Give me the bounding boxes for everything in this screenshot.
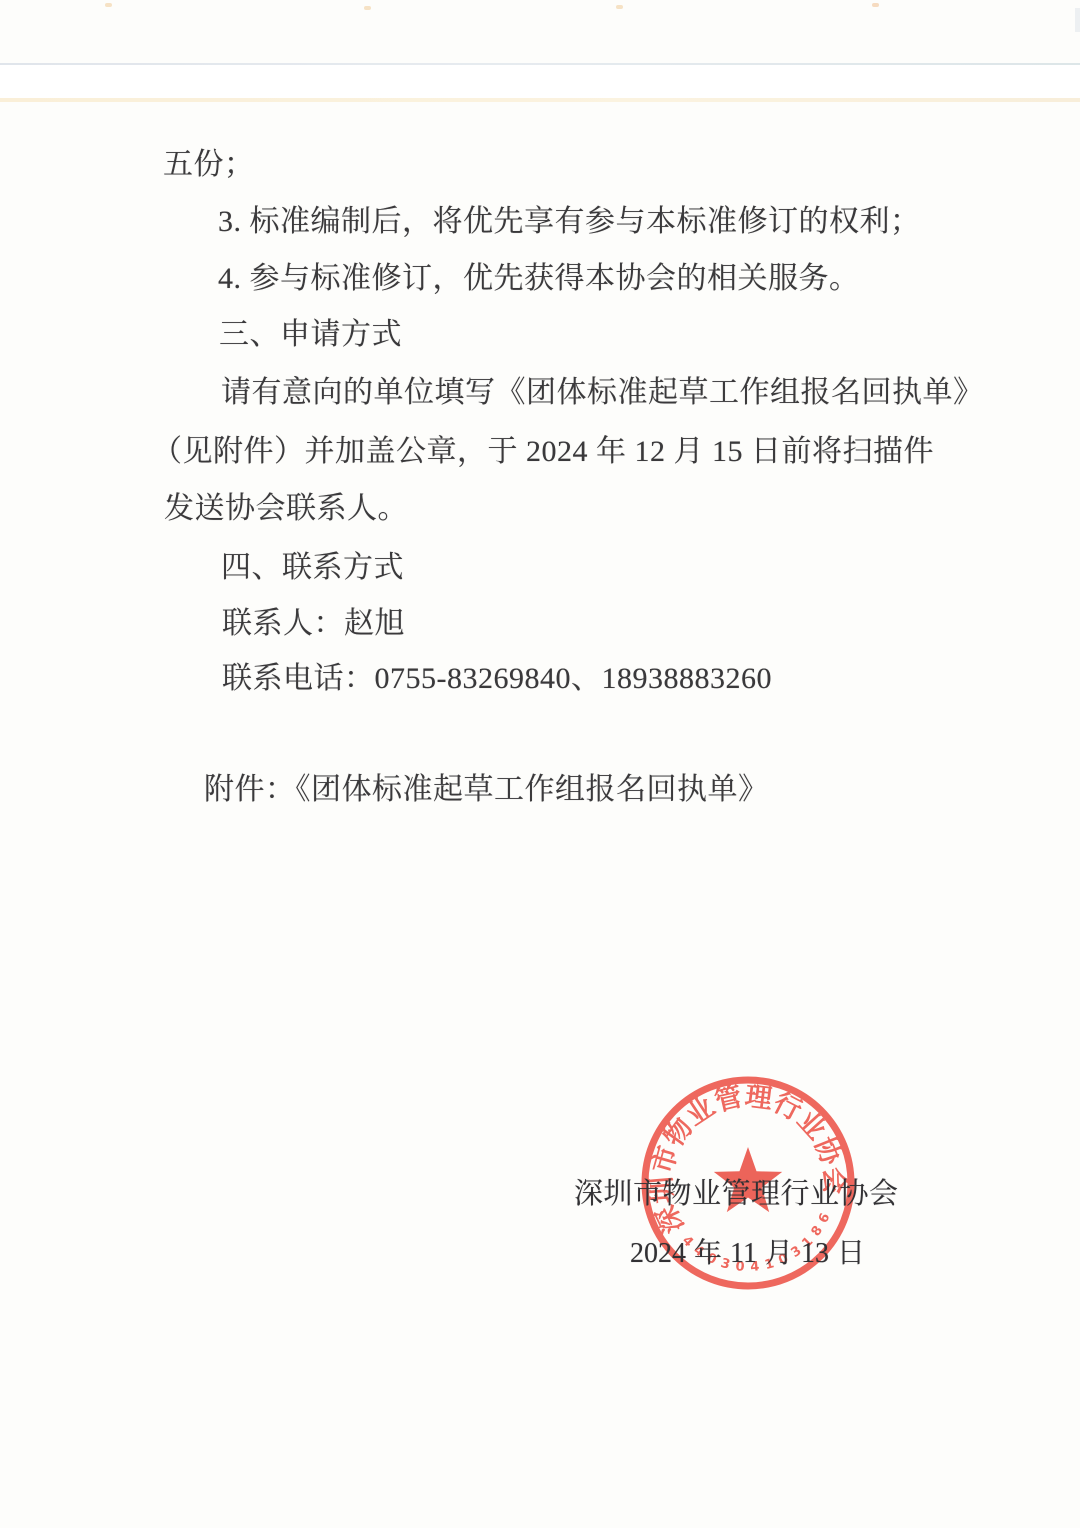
scan-speck — [872, 3, 879, 7]
signature-date: 2024 年 11 月 13 日 — [630, 1231, 865, 1271]
heading-application-method: 三、申请方式 — [219, 317, 402, 353]
line-contact-person: 联系人：赵旭 — [222, 606, 405, 642]
list-item-4: 4. 参与标准修订，优先获得本协会的相关服务。 — [218, 261, 860, 297]
scanned-letter-page: 五份； 3. 标准编制后，将优先享有参与本标准修订的权利； 4. 参与标准修订，… — [0, 0, 1080, 1528]
list-item-3: 3. 标准编制后，将优先享有参与本标准修订的权利； — [218, 204, 921, 240]
line-attachment: 附件：《团体标准起草工作组报名回执单》 — [204, 772, 769, 808]
para-application-line-3: 发送协会联系人。 — [164, 491, 408, 527]
scan-speck — [616, 5, 623, 9]
signature-organization: 深圳市物业管理行业协会 — [574, 1171, 899, 1212]
scan-speck — [105, 3, 112, 7]
line-contact-phone: 联系电话：0755-83269840、18938883260 — [222, 661, 772, 697]
para-application-line-1: 请有意向的单位填写《团体标准起草工作组报名回执单》 — [221, 375, 984, 411]
para-application-line-2: （见附件）并加盖公章，于 2024 年 12 月 15 日前将扫描件 — [152, 434, 934, 470]
scan-artifact-band — [0, 65, 1080, 98]
scan-corner-mark — [1075, 8, 1080, 32]
scan-artifact-gray-line — [0, 63, 1080, 65]
line-five-copies: 五份； — [163, 147, 255, 183]
heading-contact-info: 四、联系方式 — [221, 550, 404, 586]
scan-speck — [364, 6, 371, 10]
scan-artifact-cream-line — [0, 98, 1080, 102]
